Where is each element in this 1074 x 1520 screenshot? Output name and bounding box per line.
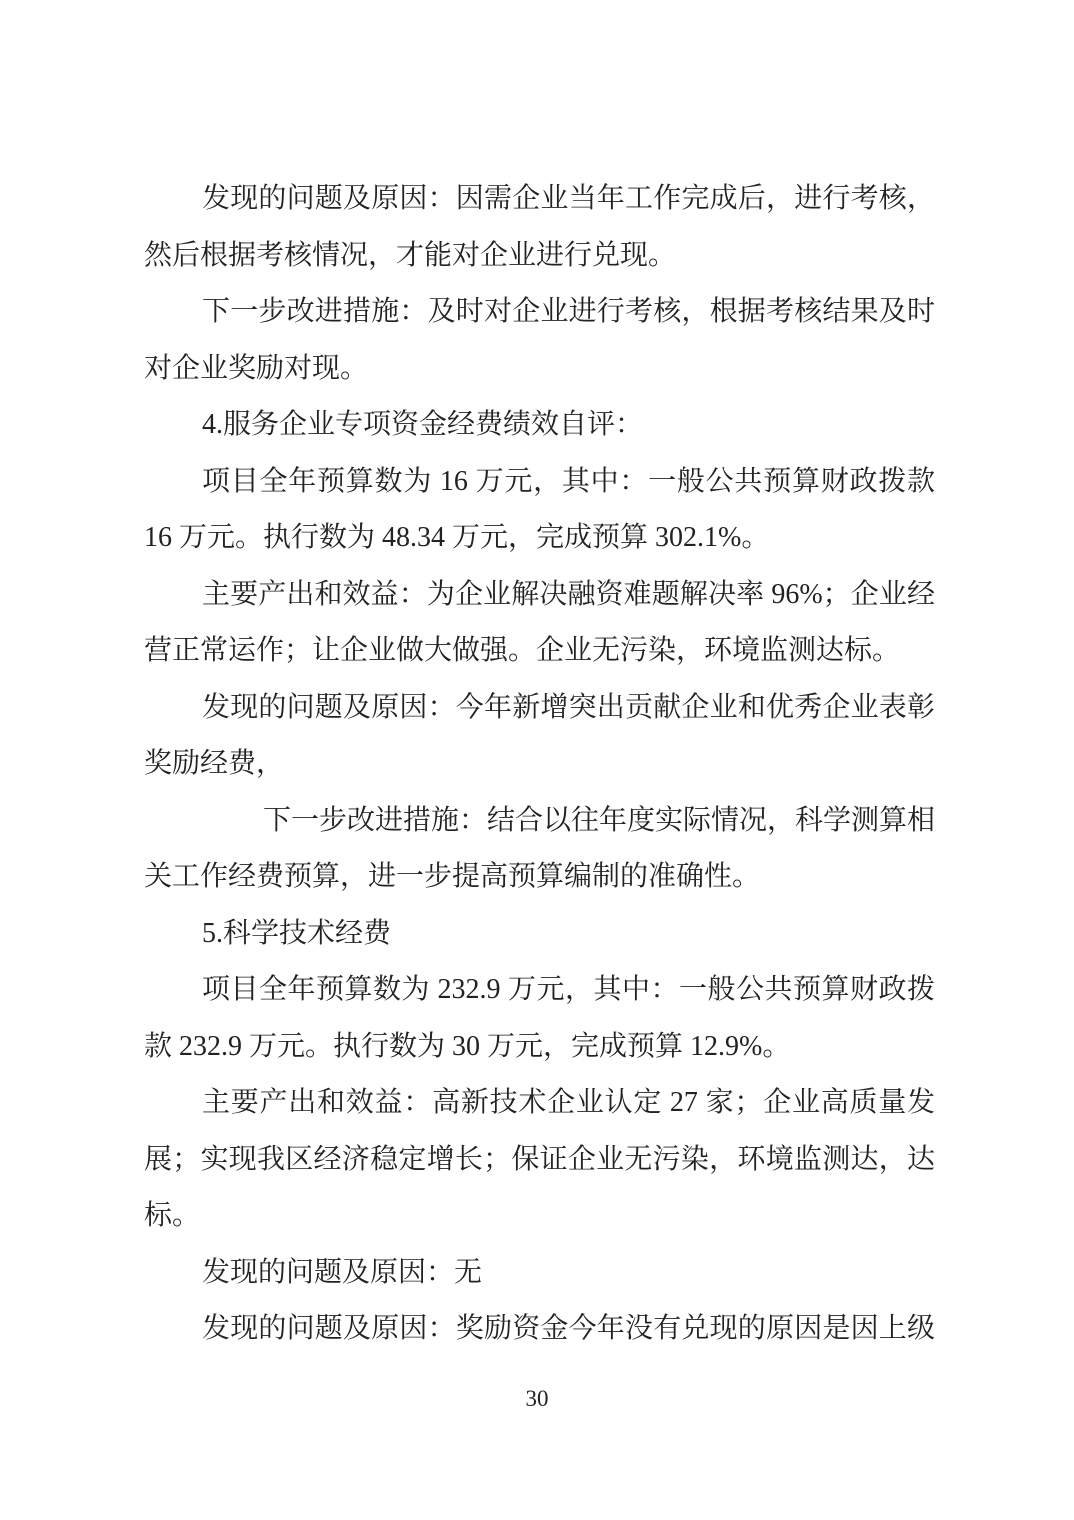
document-page: 发现的问题及原因：因需企业当年工作完成后，进行考核， 然后根据考核情况，才能对企… — [0, 0, 1074, 1520]
text-line: 款 232.9 万元。执行数为 30 万元，完成预算 12.9%。 — [144, 1019, 935, 1076]
page-footer: 30 — [0, 1384, 1074, 1414]
text-line: 发现的问题及原因：因需企业当年工作完成后，进行考核， — [144, 171, 935, 228]
text-line: 下一步改进措施：及时对企业进行考核，根据考核结果及时 — [144, 284, 935, 341]
text-line: 5.科学技术经费 — [144, 906, 935, 963]
text-line: 4.服务企业专项资金经费绩效自评： — [144, 397, 935, 454]
text-line: 项目全年预算数为 232.9 万元，其中：一般公共预算财政拨 — [144, 962, 935, 1019]
document-body: 发现的问题及原因：因需企业当年工作完成后，进行考核， 然后根据考核情况，才能对企… — [144, 171, 935, 1358]
text-line: 关工作经费预算，进一步提高预算编制的准确性。 — [144, 849, 935, 906]
text-line: 16 万元。执行数为 48.34 万元，完成预算 302.1%。 — [144, 510, 935, 567]
text-line: 展；实现我区经济稳定增长；保证企业无污染，环境监测达，达 — [144, 1132, 935, 1189]
text-line: 发现的问题及原因：无 — [144, 1245, 935, 1302]
page-number: 30 — [526, 1386, 549, 1411]
text-line: 项目全年预算数为 16 万元，其中：一般公共预算财政拨款 — [144, 454, 935, 511]
text-line: 主要产出和效益：为企业解决融资难题解决率 96%；企业经 — [144, 567, 935, 624]
text-line: 发现的问题及原因：奖励资金今年没有兑现的原因是因上级 — [144, 1301, 935, 1358]
text-line: 然后根据考核情况，才能对企业进行兑现。 — [144, 228, 935, 285]
text-line: 营正常运作；让企业做大做强。企业无污染，环境监测达标。 — [144, 623, 935, 680]
text-line: 奖励经费， — [144, 736, 935, 793]
text-line: 下一步改进措施：结合以往年度实际情况，科学测算相 — [144, 793, 935, 850]
text-line: 发现的问题及原因：今年新增突出贡献企业和优秀企业表彰 — [144, 680, 935, 737]
text-line: 对企业奖励对现。 — [144, 341, 935, 398]
text-line: 标。 — [144, 1188, 935, 1245]
text-line: 主要产出和效益：高新技术企业认定 27 家；企业高质量发 — [144, 1075, 935, 1132]
